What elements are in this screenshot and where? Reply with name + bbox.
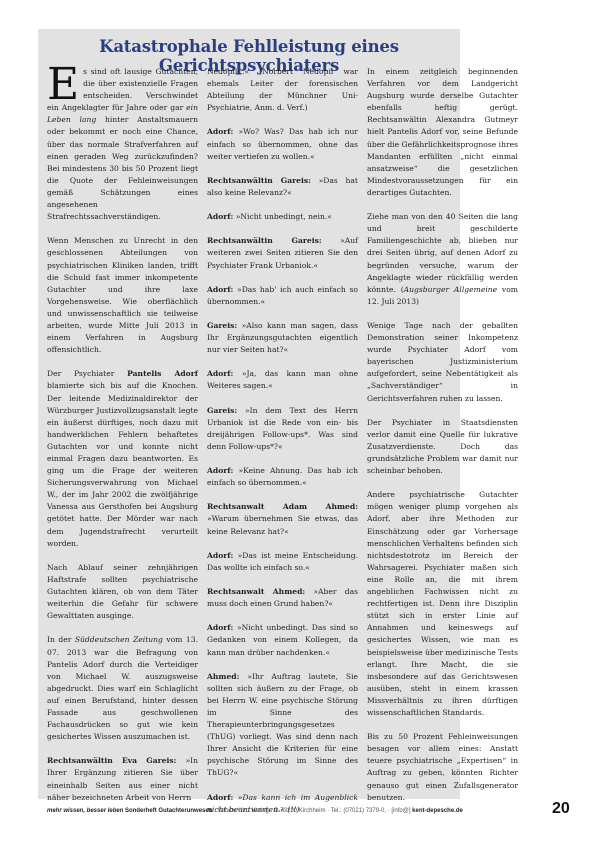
dialogue-paragraph: Adorf: »Ja, das kann man ohne Weiteres s…	[207, 368, 358, 392]
page-footer: mehr wissen, besser leben Sonderheft Gut…	[47, 808, 527, 814]
dialogue-paragraph: Rechtsanwältin Gareis: »Auf weiteren zwe…	[207, 235, 358, 271]
drop-cap: E	[47, 68, 79, 102]
column-1: Es sind oft lausige Gutachten, die über …	[47, 66, 198, 816]
dialogue-paragraph: Adorf: »Nicht unbedingt, nein.«	[207, 211, 358, 223]
paragraph: Bis zu 50 Prozent Fehleinweisungen besag…	[367, 731, 518, 804]
paragraph: Wenn Menschen zu Unrecht in den geschlos…	[47, 235, 198, 356]
footer-website-link[interactable]: kent-depesche.de	[412, 808, 463, 814]
dialogue-paragraph: Adorf: »Wo? Was? Das hab ich nur einfach…	[207, 126, 358, 162]
page-number: 20	[552, 800, 570, 818]
dialogue-paragraph: Rechtsanwalt Adam Ahmed: »Warum übernehm…	[207, 501, 358, 537]
paragraph: Der Psychiater in Staatsdiensten verlor …	[367, 417, 518, 477]
paragraph: Der Psychiater Pantelis Adorf blamierte …	[47, 368, 198, 549]
paragraph: In einem zeitgleich beginnenden Verfahre…	[367, 66, 518, 199]
dialogue-paragraph: Adorf: »Das ist meine Entscheidung. Das …	[207, 550, 358, 574]
dialogue-paragraph: Adorf: »Nicht unbedingt. Das sind so Ged…	[207, 622, 358, 658]
footer-publisher: · Sabine Hinz Verlag · D-73230 Kirchheim…	[212, 808, 412, 814]
dialogue-paragraph: Rechtsanwältin Eva Gareis: »In Ihrer Erg…	[47, 755, 198, 803]
dialogue-paragraph: Ahmed: »Ihr Auftrag lautete, Sie sollten…	[207, 671, 358, 780]
paragraph: Nedopil...« (Norbert Nedopil war ehemals…	[207, 66, 358, 114]
dialogue-paragraph: Rechtsanwältin Gareis: »Das hat also kei…	[207, 175, 358, 199]
paragraph: Andere psychiatrische Gutachter mögen we…	[367, 489, 518, 719]
column-2: Nedopil...« (Norbert Nedopil war ehemals…	[207, 66, 358, 828]
dialogue-paragraph: Gareis: »In dem Text des Herrn Urbaniok …	[207, 405, 358, 453]
dialogue-paragraph: Adorf: »Das hab' ich auch einfach so übe…	[207, 284, 358, 308]
dialogue-paragraph: Rechtsanwalt Ahmed: »Aber das muss doch …	[207, 586, 358, 610]
paragraph: Nach Ablauf seiner zehnjährigen Haftstra…	[47, 562, 198, 622]
footer-slogan: mehr wissen, besser leben	[47, 808, 123, 814]
paragraph: Wenige Tage nach der geballten Demonstra…	[367, 320, 518, 405]
paragraph: In der Süddeutschen Zeitung vom 13. 07. …	[47, 634, 198, 743]
footer-issue: Sonderheft Gutachterunwesen	[125, 808, 212, 814]
dialogue-paragraph: Adorf: »Keine Ahnung. Das hab ich einfac…	[207, 465, 358, 489]
column-3: In einem zeitgleich beginnenden Verfahre…	[367, 66, 518, 816]
intro-paragraph: Es sind oft lausige Gutachten, die über …	[47, 66, 198, 223]
paragraph: Ziehe man von den 40 Seiten die lang und…	[367, 211, 518, 308]
dialogue-paragraph: Gareis: »Also kann man sagen, dass Ihr E…	[207, 320, 358, 356]
